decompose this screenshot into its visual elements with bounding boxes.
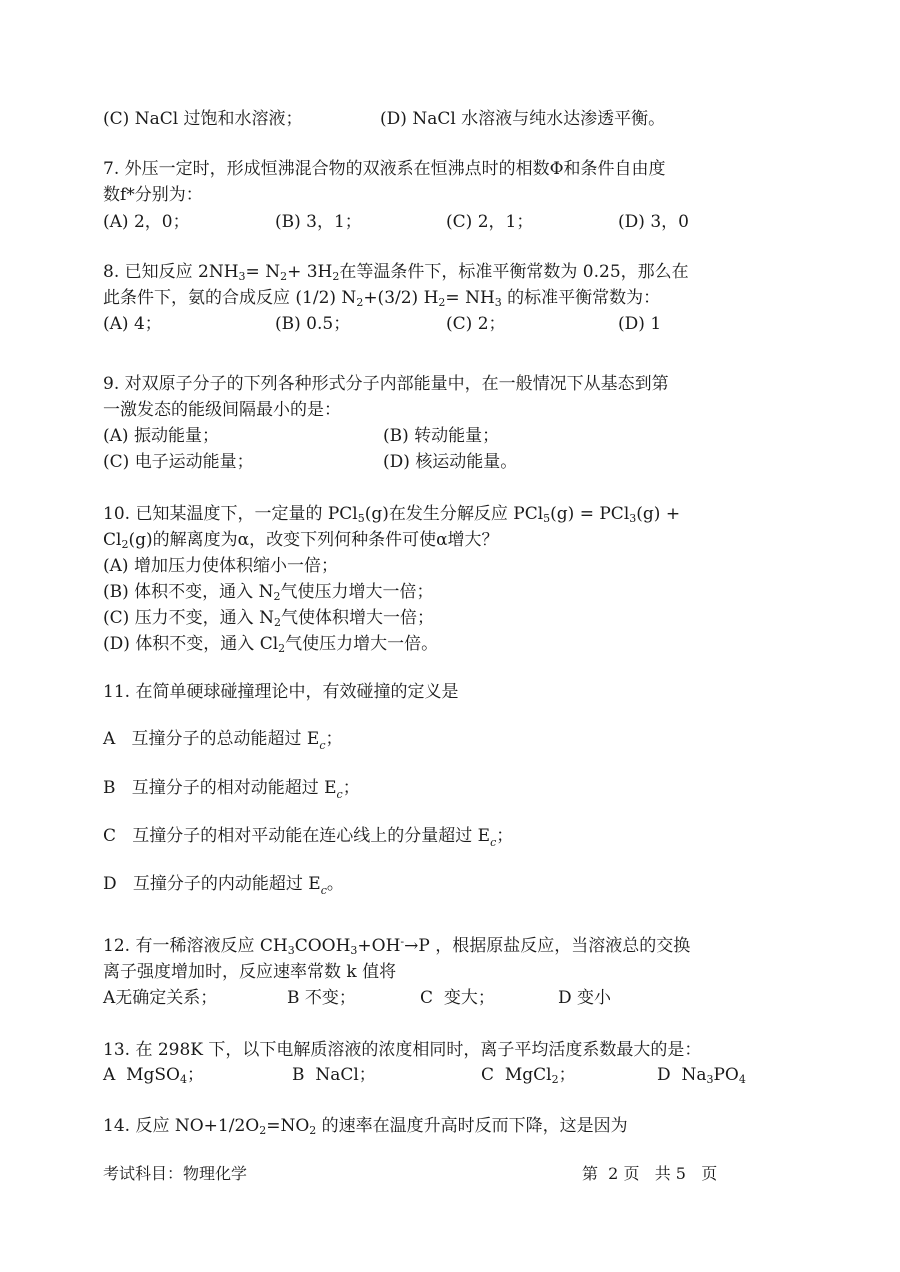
q10-option-c: (C) 压力不变，通入 N2气使体积增大一倍； <box>103 607 434 629</box>
q12-option-a: A无确定关系； <box>103 987 217 1009</box>
q9-option-b: (B) 转动能量； <box>383 425 499 447</box>
q8-option-b: (B) 0.5； <box>275 313 350 335</box>
q8-option-d: (D) 1 <box>618 313 661 335</box>
q12-stem-line1: 12. 有一稀溶液反应 CH3COOH3+OH-→P ，根据原盐反应，当溶液总的… <box>103 935 690 957</box>
footer-page-number: 第 2 页 共 5 页 <box>582 1163 717 1185</box>
q13-option-d: D Na3PO4 <box>657 1064 746 1086</box>
q9-stem-line1: 9. 对双原子分子的下列各种形式分子内部能量中，在一般情况下从基态到第 <box>103 373 669 395</box>
q7-option-a: (A) 2，0； <box>103 211 190 233</box>
q6-option-c: (C) NaCl 过饱和水溶液； <box>103 109 303 129</box>
q13-stem: 13. 在 298K 下，以下电解质溶液的浓度相同时，离子平均活度系数最大的是： <box>103 1039 701 1061</box>
q12-option-d: D 变小 <box>558 987 611 1009</box>
q10-option-b: (B) 体积不变，通入 N2气使压力增大一倍； <box>103 581 433 603</box>
q7-stem-line2: 数f*分别为： <box>103 184 203 206</box>
q11-option-b: B 互撞分子的相对动能超过 Ec； <box>103 777 360 806</box>
footer-subject: 考试科目：物理化学 <box>103 1163 247 1185</box>
q11-option-a: A 互撞分子的总动能超过 Ec； <box>103 728 343 757</box>
q11-option-d: D 互撞分子的内动能超过 Ec。 <box>103 873 344 902</box>
q6-option-d: (D) NaCl 水溶液与纯水达渗透平衡。 <box>380 108 665 130</box>
q9-option-a: (A) 振动能量； <box>103 425 219 447</box>
q12-option-b: B 不变； <box>287 987 356 1009</box>
q10-option-a: (A) 增加压力使体积缩小一倍； <box>103 555 338 577</box>
q14-stem: 14. 反应 NO+1/2O2=NO2 的速率在温度升高时反而下降，这是因为 <box>103 1115 628 1137</box>
q9-option-d: (D) 核运动能量。 <box>383 451 517 473</box>
q7-option-d: (D) 3，0 <box>618 211 689 233</box>
q12-option-c: C 变大； <box>420 987 495 1009</box>
q11-option-c: C 互撞分子的相对平动能在连心线上的分量超过 Ec； <box>103 825 513 854</box>
q8-option-c: (C) 2； <box>446 313 506 335</box>
q11-stem: 11. 在简单硬球碰撞理论中，有效碰撞的定义是 <box>103 681 458 703</box>
q7-option-b: (B) 3，1； <box>275 211 362 233</box>
q10-stem-line1: 10. 已知某温度下，一定量的 PCl5(g)在发生分解反应 PCl5(g) =… <box>103 503 680 525</box>
q6-options-row: (C) NaCl 过饱和水溶液； <box>103 108 303 130</box>
q8-stem-line2: 此条件下，氨的合成反应 (1/2) N2+(3/2) H2= NH3 的标准平衡… <box>103 287 660 309</box>
q10-stem-line2: Cl2(g)的解离度为α，改变下列何种条件可使α增大？ <box>103 529 499 551</box>
q10-option-d: (D) 体积不变，通入 Cl2气使压力增大一倍。 <box>103 633 438 655</box>
q8-option-a: (A) 4； <box>103 313 162 335</box>
q9-option-c: (C) 电子运动能量； <box>103 451 254 473</box>
q13-option-c: C MgCl2； <box>481 1064 576 1086</box>
q7-option-c: (C) 2，1； <box>446 211 533 233</box>
q13-option-a: A MgSO4； <box>103 1064 204 1086</box>
q12-stem-line2: 离子强度增加时，反应速率常数 k 值将 <box>103 961 396 983</box>
q9-stem-line2: 一激发态的能级间隔最小的是： <box>103 399 341 421</box>
q7-stem-line1: 7. 外压一定时，形成恒沸混合物的双液系在恒沸点时的相数Φ和条件自由度 <box>103 158 666 180</box>
q13-option-b: B NaCl； <box>292 1064 376 1086</box>
q8-stem-line1: 8. 已知反应 2NH3= N2+ 3H2在等温条件下，标准平衡常数为 0.25… <box>103 261 689 283</box>
